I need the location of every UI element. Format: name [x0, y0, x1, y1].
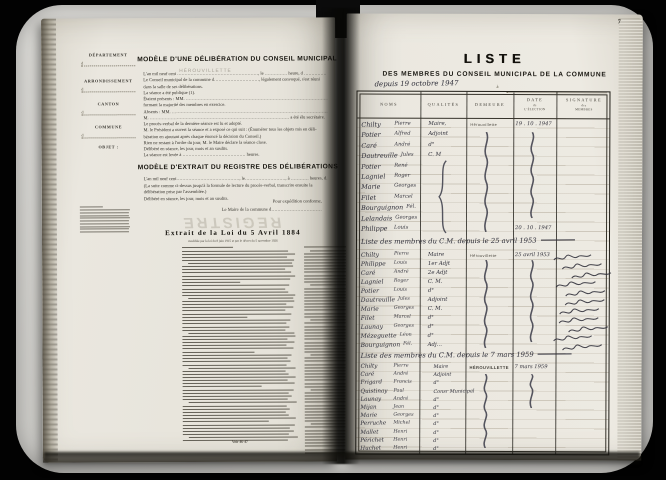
microprint-line: [182, 253, 295, 254]
member-firstname: Marcel: [394, 315, 411, 322]
microprint-line: [183, 399, 288, 400]
member-surname: Filet: [361, 314, 391, 322]
margin-item: COMMUNE d: [79, 124, 137, 138]
member-quality: d°: [420, 141, 466, 148]
microprint-line: [183, 415, 289, 416]
members-table: NOMS QUALITÉS DEMEURE DATE de L'ÉLECTION…: [355, 91, 610, 456]
microprint-line: [182, 329, 285, 330]
book-gutter-shadow: [322, 8, 360, 464]
ditto-squiggle-date: [527, 260, 537, 342]
member-quality: d°: [420, 333, 466, 340]
model1-title: MODÈLE D'UNE DÉLIBÉRATION DU CONSEIL MUN…: [137, 55, 327, 63]
microprint-line: [182, 323, 286, 324]
microprint-line: [189, 367, 296, 368]
header-line: DATE: [527, 97, 543, 102]
microprint-line: [188, 263, 292, 264]
a-label: à: [497, 84, 499, 89]
member-surname: Launay: [361, 323, 391, 331]
member-firstname: Louis: [394, 261, 407, 268]
member-surname: Marie: [360, 412, 390, 419]
microprint-line: [182, 250, 288, 251]
member-firstname: Michel: [393, 421, 410, 427]
liste-subtitle: DES MEMBRES DU CONSEIL MUNICIPAL DE LA C…: [347, 70, 643, 78]
member-surname: Bourguignon: [361, 203, 403, 212]
member-surname: Chilty: [360, 363, 390, 370]
printed-line: Le Conseil municipal de la commune d……………: [137, 77, 327, 84]
member-quality: 2e Adjt: [420, 270, 466, 277]
member-surname: Filet: [361, 193, 391, 202]
member-quality: d°: [419, 429, 465, 436]
member-firstname: Jean: [393, 405, 404, 411]
column-header-noms: NOMS: [357, 102, 420, 107]
microprint-line: [183, 364, 287, 365]
margin-item: OBJET :: [80, 144, 138, 149]
margin-label: CANTON: [79, 101, 137, 106]
member-firstname: Paul: [393, 388, 404, 394]
microprint-line: [183, 427, 290, 428]
member-quality: d°: [419, 380, 465, 387]
microprint-line: [80, 210, 130, 211]
microprint-line: [183, 355, 292, 356]
member-surname: Lelandais: [361, 214, 392, 223]
member-firstname: André: [394, 270, 409, 277]
law-extract-subtitle: modifiée par la loi du 8 juin 1915 et pa…: [138, 238, 328, 243]
microprint-line: [182, 288, 285, 289]
member-firstname: Henri: [393, 446, 407, 452]
law-text-column: [182, 247, 297, 444]
microprint-line: [182, 269, 285, 270]
microprint-line: [182, 316, 247, 317]
microprint-line: [189, 437, 298, 438]
election-date: 25 avril 1953: [513, 252, 556, 258]
member-quality: Maire,: [420, 121, 466, 128]
microprint-line: [183, 370, 286, 371]
election-date: 20 . 10 . 1947: [513, 225, 556, 231]
microprint-line: [182, 351, 254, 352]
microprint-line: [183, 373, 289, 374]
microprint-line: [182, 247, 233, 248]
header-line: L'ÉLECTION: [513, 107, 556, 112]
member-surname: Potier: [361, 287, 391, 295]
member-firstname: Jules: [401, 152, 414, 160]
member-surname: Huchet: [360, 445, 390, 452]
member-firstname: Georges: [395, 214, 417, 222]
member-surname: Marie: [361, 183, 391, 192]
member-surname: Périchet: [360, 437, 390, 444]
microprint-line: [182, 313, 291, 314]
microprint-line: [183, 424, 295, 425]
closing-line: Pour expédition conforme,: [273, 198, 322, 203]
microprint-line: [183, 380, 288, 381]
microprint-line: [183, 377, 296, 378]
microprint-line: [182, 326, 289, 327]
member-firstname: Roger: [394, 279, 409, 286]
left-page: DÉPARTEMENT d ARRONDISSEMENT d CANTON d …: [41, 17, 337, 462]
microprint-line: [183, 390, 294, 391]
table-header-row: NOMS QUALITÉS DEMEURE DATE de L'ÉLECTION…: [357, 92, 609, 120]
left-text-column: MODÈLE D'UNE DÉLIBÉRATION DU CONSEIL MUN…: [137, 17, 327, 18]
microprint-line: [182, 335, 295, 336]
member-surname: Potier: [361, 162, 391, 171]
microprint-line: [182, 278, 290, 279]
microprint-line: [182, 320, 290, 321]
member-firstname: Georges: [393, 413, 413, 419]
column-header-signature: SIGNATURE des MEMBRES: [556, 98, 611, 112]
scanned-register-photo: DÉPARTEMENT d ARRONDISSEMENT d CANTON d …: [0, 0, 666, 480]
member-firstname: Pierre: [394, 364, 409, 370]
member-quality: Maire: [420, 364, 466, 371]
member-firstname: Louis: [394, 288, 407, 295]
member-surname: Dautreuille: [361, 296, 395, 304]
microprint-line: [182, 285, 289, 286]
microprint-line: [182, 291, 288, 292]
margin-label: OBJET :: [80, 144, 138, 149]
member-surname: Marie: [361, 305, 391, 313]
microprint-line: [182, 304, 286, 305]
microprint-line: [80, 223, 129, 224]
margin-item: DÉPARTEMENT d: [79, 52, 137, 66]
member-quality: Consr Municipal: [419, 388, 465, 395]
member-firstname: Fél.: [406, 204, 416, 212]
member-quality: C. M: [420, 152, 466, 159]
member-firstname: André: [393, 396, 408, 402]
member-quality: Adjoint: [420, 131, 466, 138]
member-surname: Caré: [360, 372, 390, 379]
ditto-squiggle-demeure: [481, 132, 491, 232]
member-firstname: Jules: [398, 297, 410, 304]
microprint-line: [182, 348, 293, 349]
margin-blank-line: d: [82, 132, 136, 138]
member-quality: Adj…: [420, 342, 466, 349]
microprint-line: [182, 301, 294, 302]
microprint-line: [182, 310, 285, 311]
microprint-line: [80, 226, 130, 227]
member-surname: Chilty: [361, 120, 391, 129]
member-residence: HÉROUVILLETTE: [466, 364, 513, 370]
member-surname: Mallet: [360, 429, 390, 436]
margin-label: DÉPARTEMENT: [79, 52, 137, 57]
member-surname: Dautreuille: [361, 151, 398, 160]
member-surname: Potier: [361, 131, 391, 140]
microprint-line: [182, 266, 293, 267]
microprint-line: [182, 260, 294, 261]
election-date: 19 . 10 . 1947: [513, 121, 556, 127]
member-firstname: Léon: [400, 333, 412, 340]
member-surname: Philippe: [361, 260, 391, 268]
microprint-line: [183, 361, 291, 362]
member-firstname: Henri: [393, 429, 407, 435]
margin-blank-line: d: [81, 109, 135, 115]
law-extract-title: Extrait de la Loi du 5 Avril 1884: [138, 228, 328, 237]
member-firstname: André: [394, 372, 409, 378]
member-firstname: Roger: [394, 173, 410, 181]
column-header-qualites: QUALITÉS: [420, 102, 466, 107]
member-firstname: Georges: [394, 306, 414, 313]
microprint-line: [183, 431, 294, 432]
microprint-line: [182, 307, 293, 308]
member-surname: Lagniel: [361, 172, 391, 181]
member-surname: Chilty: [361, 251, 391, 259]
member-quality: 1er Adjt: [420, 261, 466, 268]
member-surname: Quistinay: [360, 388, 390, 395]
liste-title: LISTE: [347, 50, 643, 66]
member-quality: d°: [419, 413, 465, 420]
member-firstname: André: [394, 141, 410, 149]
microprint-line: [80, 215, 129, 216]
member-quality: Maire: [420, 252, 466, 259]
member-quality: d°: [419, 437, 465, 444]
member-firstname: Pierre: [394, 252, 409, 259]
microprint-line: [182, 342, 294, 343]
page-bottom-shadow: [44, 452, 640, 465]
microprint-line: [188, 332, 294, 333]
microprint-line: [182, 294, 295, 295]
member-quality: d°: [420, 324, 466, 331]
member-quality: C. M.: [420, 306, 466, 313]
microprint-line: [182, 339, 287, 340]
microprint-line: [80, 220, 129, 221]
member-surname: Launay: [360, 396, 390, 403]
microprint-line: [80, 212, 129, 213]
microprint-line: [183, 393, 289, 394]
member-firstname: Alfred: [394, 131, 410, 139]
header-line: SIGNATURE: [566, 97, 602, 102]
member-firstname: Louis: [394, 225, 408, 233]
section-header-1953: Liste des membres du C.M. depuis le 25 a…: [361, 236, 611, 246]
microprint-line: [80, 206, 103, 207]
member-firstname: Georges: [394, 183, 416, 191]
microprint-line: [182, 345, 286, 346]
member-surname: Mézeguette: [361, 332, 397, 340]
microprint-line: [182, 272, 291, 273]
member-surname: Caré: [361, 269, 391, 277]
member-firstname: Henri: [393, 437, 407, 443]
microprint-line: [183, 434, 289, 435]
member-firstname: Marcel: [394, 193, 413, 201]
microprint-line: [183, 408, 290, 409]
ditto-brace: [435, 160, 449, 234]
member-quality: d°: [419, 404, 465, 411]
right-page: 7 LISTE DES MEMBRES DU CONSEIL MUNICIPAL…: [345, 13, 643, 460]
member-firstname: René: [394, 162, 407, 170]
member-quality: Adjoint: [419, 372, 465, 379]
member-quality: d°: [420, 315, 466, 322]
ditto-squiggle-demeure: [480, 374, 490, 448]
microprint-line: [80, 231, 129, 232]
ditto-squiggle-date: [526, 374, 536, 408]
member-surname: Bourguignon: [361, 341, 401, 349]
margin-blank-line: d: [81, 60, 135, 66]
member-firstname: Pierre: [394, 121, 410, 129]
member-surname: Lagniel: [361, 278, 391, 286]
member-surname: Philippe: [361, 224, 391, 233]
member-surname: Mijan: [360, 404, 390, 411]
member-surname: Frigard: [360, 380, 390, 387]
footnote-smallprint: [80, 206, 130, 234]
margin-blank-line: d: [81, 86, 135, 92]
microprint-line: [182, 282, 240, 283]
margin-item: CANTON d: [79, 101, 137, 115]
member-quality: C. M.: [420, 279, 466, 286]
printed-line: La séance est levée à …………………………………… heu…: [138, 152, 328, 159]
member-quality: Adjoint: [420, 297, 466, 304]
microprint-line: [183, 411, 286, 412]
since-handwritten: depuis 19 octobre 1947: [374, 79, 458, 88]
closing-line: Le Maire de la commune d……………………………: [222, 206, 322, 211]
model1-lines: L'an mil neuf cent ………………………………………………, l…: [137, 70, 327, 158]
microprint-line: [183, 383, 295, 384]
margin-column: DÉPARTEMENT d ARRONDISSEMENT d CANTON d …: [79, 52, 137, 152]
member-surname: Perruche: [360, 421, 390, 428]
member-firstname: Fél.: [403, 342, 412, 349]
model2-title: MODÈLE D'EXTRAIT DU REGISTRE DES DÉLIBÉR…: [138, 163, 328, 171]
member-firstname: Francis: [393, 380, 411, 386]
microprint-line: [182, 275, 295, 276]
microprint-line: [183, 418, 296, 419]
microprint-line: [183, 405, 287, 406]
microprint-line: [182, 256, 287, 257]
ditto-squiggle-date: [527, 132, 537, 218]
election-date: 7 mars 1959: [513, 364, 556, 370]
ditto-squiggle-demeure: [481, 260, 491, 348]
header-line: MEMBRES: [556, 108, 611, 113]
microprint-line: [183, 421, 269, 422]
microprint-line: [183, 386, 262, 387]
margin-label: COMMUNE: [79, 124, 137, 129]
microprint-line: [189, 402, 297, 403]
member-quality: d°: [420, 288, 466, 295]
printed-line: M. le Président a ouvert la séance et a …: [138, 127, 328, 134]
member-quality: d°: [419, 396, 465, 403]
microprint-line: [80, 218, 130, 219]
margin-item: ARRONDISSEMENT d: [79, 78, 137, 92]
law-column-footer: Voir 46-47: [183, 440, 297, 444]
member-residence: Hérouvillette: [466, 252, 513, 258]
member-quality: d°: [419, 421, 465, 428]
member-surname: Caré: [361, 141, 391, 150]
column-header-date: DATE de L'ÉLECTION: [513, 98, 556, 112]
margin-label: ARRONDISSEMENT: [79, 78, 137, 83]
microprint-line: [183, 358, 288, 359]
member-firstname: Georges: [394, 324, 414, 331]
member-residence: Hérouvillette: [466, 121, 513, 127]
microprint-line: [80, 228, 129, 229]
microprint-line: [183, 396, 292, 397]
microprint-line: [188, 297, 293, 298]
page-number: 7: [618, 19, 621, 25]
column-header-demeure: DEMEURE: [466, 103, 513, 108]
